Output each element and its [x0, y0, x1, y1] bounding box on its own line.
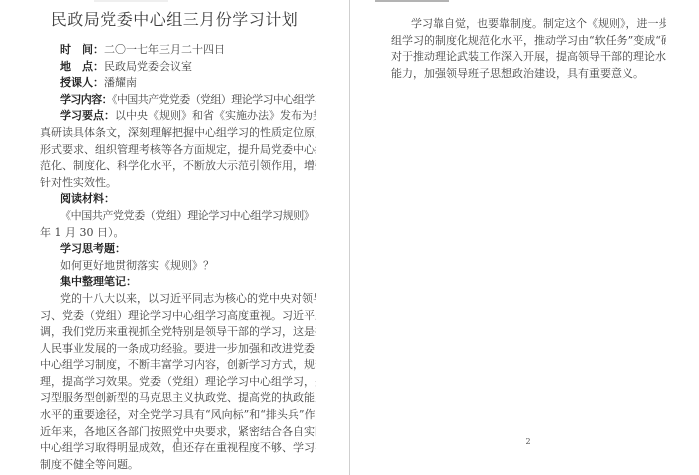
place-value: 民政局党委会议室	[104, 60, 192, 73]
lecturer-label: 授课人：	[60, 76, 104, 89]
reading-label: 阅读材料：	[40, 191, 316, 208]
time-value: 二〇一七年三月二十四日	[104, 43, 225, 56]
notes-line: 调，我们党历来重视抓全党特别是领导干部的学习，这是推动党和	[40, 324, 316, 341]
document-title: 民政局党委中心组三月份学习计划	[0, 10, 349, 30]
notes-line: 理，提高学习效果。党委（党组）理论学习中心组学习，是建设学	[40, 374, 316, 391]
time-row: 时 间：二〇一七年三月二十四日	[40, 42, 316, 59]
reading-line: 年 1 月 30 日）。	[40, 225, 316, 242]
content-value: 《中国共产党党委（党组）理论学习中心组学习规则》	[112, 93, 316, 106]
question-label: 学习思考题：	[40, 241, 316, 258]
page-1-body: 时 间：二〇一七年三月二十四日 地 点：民政局党委会议室 授课人：潘耀南 学习内…	[40, 42, 316, 473]
key-points-line: 真研读具体条文，深刻理解把握中心组学习的性质定位原则、内容	[40, 125, 316, 142]
page-number: 2	[518, 437, 538, 446]
paragraph-line: 对于推动理论武装工作深入开展，提高领导干部的理论水平和工作	[391, 49, 666, 66]
notes-label: 集中整理笔记：	[40, 274, 316, 291]
page-top-edge	[94, 0, 168, 2]
notes-line: 习、党委（党组）理论学习中心组学习高度重视。习近平总书记强	[40, 308, 316, 325]
paragraph-line: 学习靠自觉，也要靠制度。制定这个《规则》，进一步提高中心	[391, 16, 666, 33]
notes-line: 中心组学习制度，不断丰富学习内容，创新学习方式，规范学习管	[40, 357, 316, 374]
notes-line: 水平的重要途径，对全党学习具有“风向标”和“排头兵”作用。	[40, 407, 316, 424]
key-points-text: 以中央《规则》和省《实施办法》发布为契机，认	[115, 109, 316, 122]
content-label: 学习内容：	[60, 93, 112, 106]
place-label: 地 点：	[60, 60, 104, 73]
key-points-label: 学习要点：	[60, 109, 115, 122]
key-points-first-line: 学习要点：以中央《规则》和省《实施办法》发布为契机，认	[40, 108, 316, 125]
key-points-line: 形式要求、组织管理考核等各方面规定，提升局党委中心组学习规	[40, 142, 316, 159]
page-2-body: 学习靠自觉，也要靠制度。制定这个《规则》，进一步提高中心 组学习的制度化规范化水…	[391, 16, 666, 82]
paragraph-line: 组学习的制度化规范化水平，推动学习由“软任务”变成“硬约束”，	[391, 33, 666, 50]
content-row: 学习内容：《中国共产党党委（党组）理论学习中心组学习规则》	[40, 92, 316, 109]
notes-line: 人民事业发展的一条成功经验。要进一步加强和改进党委（党组）	[40, 341, 316, 358]
question-text: 如何更好地贯彻落实《规则》？	[40, 258, 316, 275]
lecturer-value: 潘耀南	[104, 76, 137, 89]
lecturer-row: 授课人：潘耀南	[40, 75, 316, 92]
notes-line: 党的十八大以来，以习近平同志为核心的党中央对领导干部学	[40, 291, 316, 308]
place-row: 地 点：民政局党委会议室	[40, 59, 316, 76]
key-points-line: 范化、制度化、科学化水平，不断放大示范引领作用，增强学习的	[40, 158, 316, 175]
document-page-1: 民政局党委中心组三月份学习计划 时 间：二〇一七年三月二十四日 地 点：民政局党…	[0, 0, 349, 475]
paragraph-line: 能力，加强领导班子思想政治建设，具有重要意义。	[391, 66, 666, 83]
time-label: 时 间：	[60, 43, 104, 56]
page-top-edge	[375, 0, 449, 2]
reading-line: 《中国共产党党委（党组）理论学习中心组学习规则》（2017	[40, 208, 316, 225]
document-page-2: 学习靠自觉，也要靠制度。制定这个《规则》，进一步提高中心 组学习的制度化规范化水…	[350, 0, 699, 475]
page-number: 1	[168, 437, 188, 446]
key-points-line: 针对性实效性。	[40, 175, 316, 192]
notes-line: 习型服务型创新型的马克思主义执政党、提高党的执政能力和领导	[40, 390, 316, 407]
notes-line: 制度不健全等问题。	[40, 457, 316, 474]
